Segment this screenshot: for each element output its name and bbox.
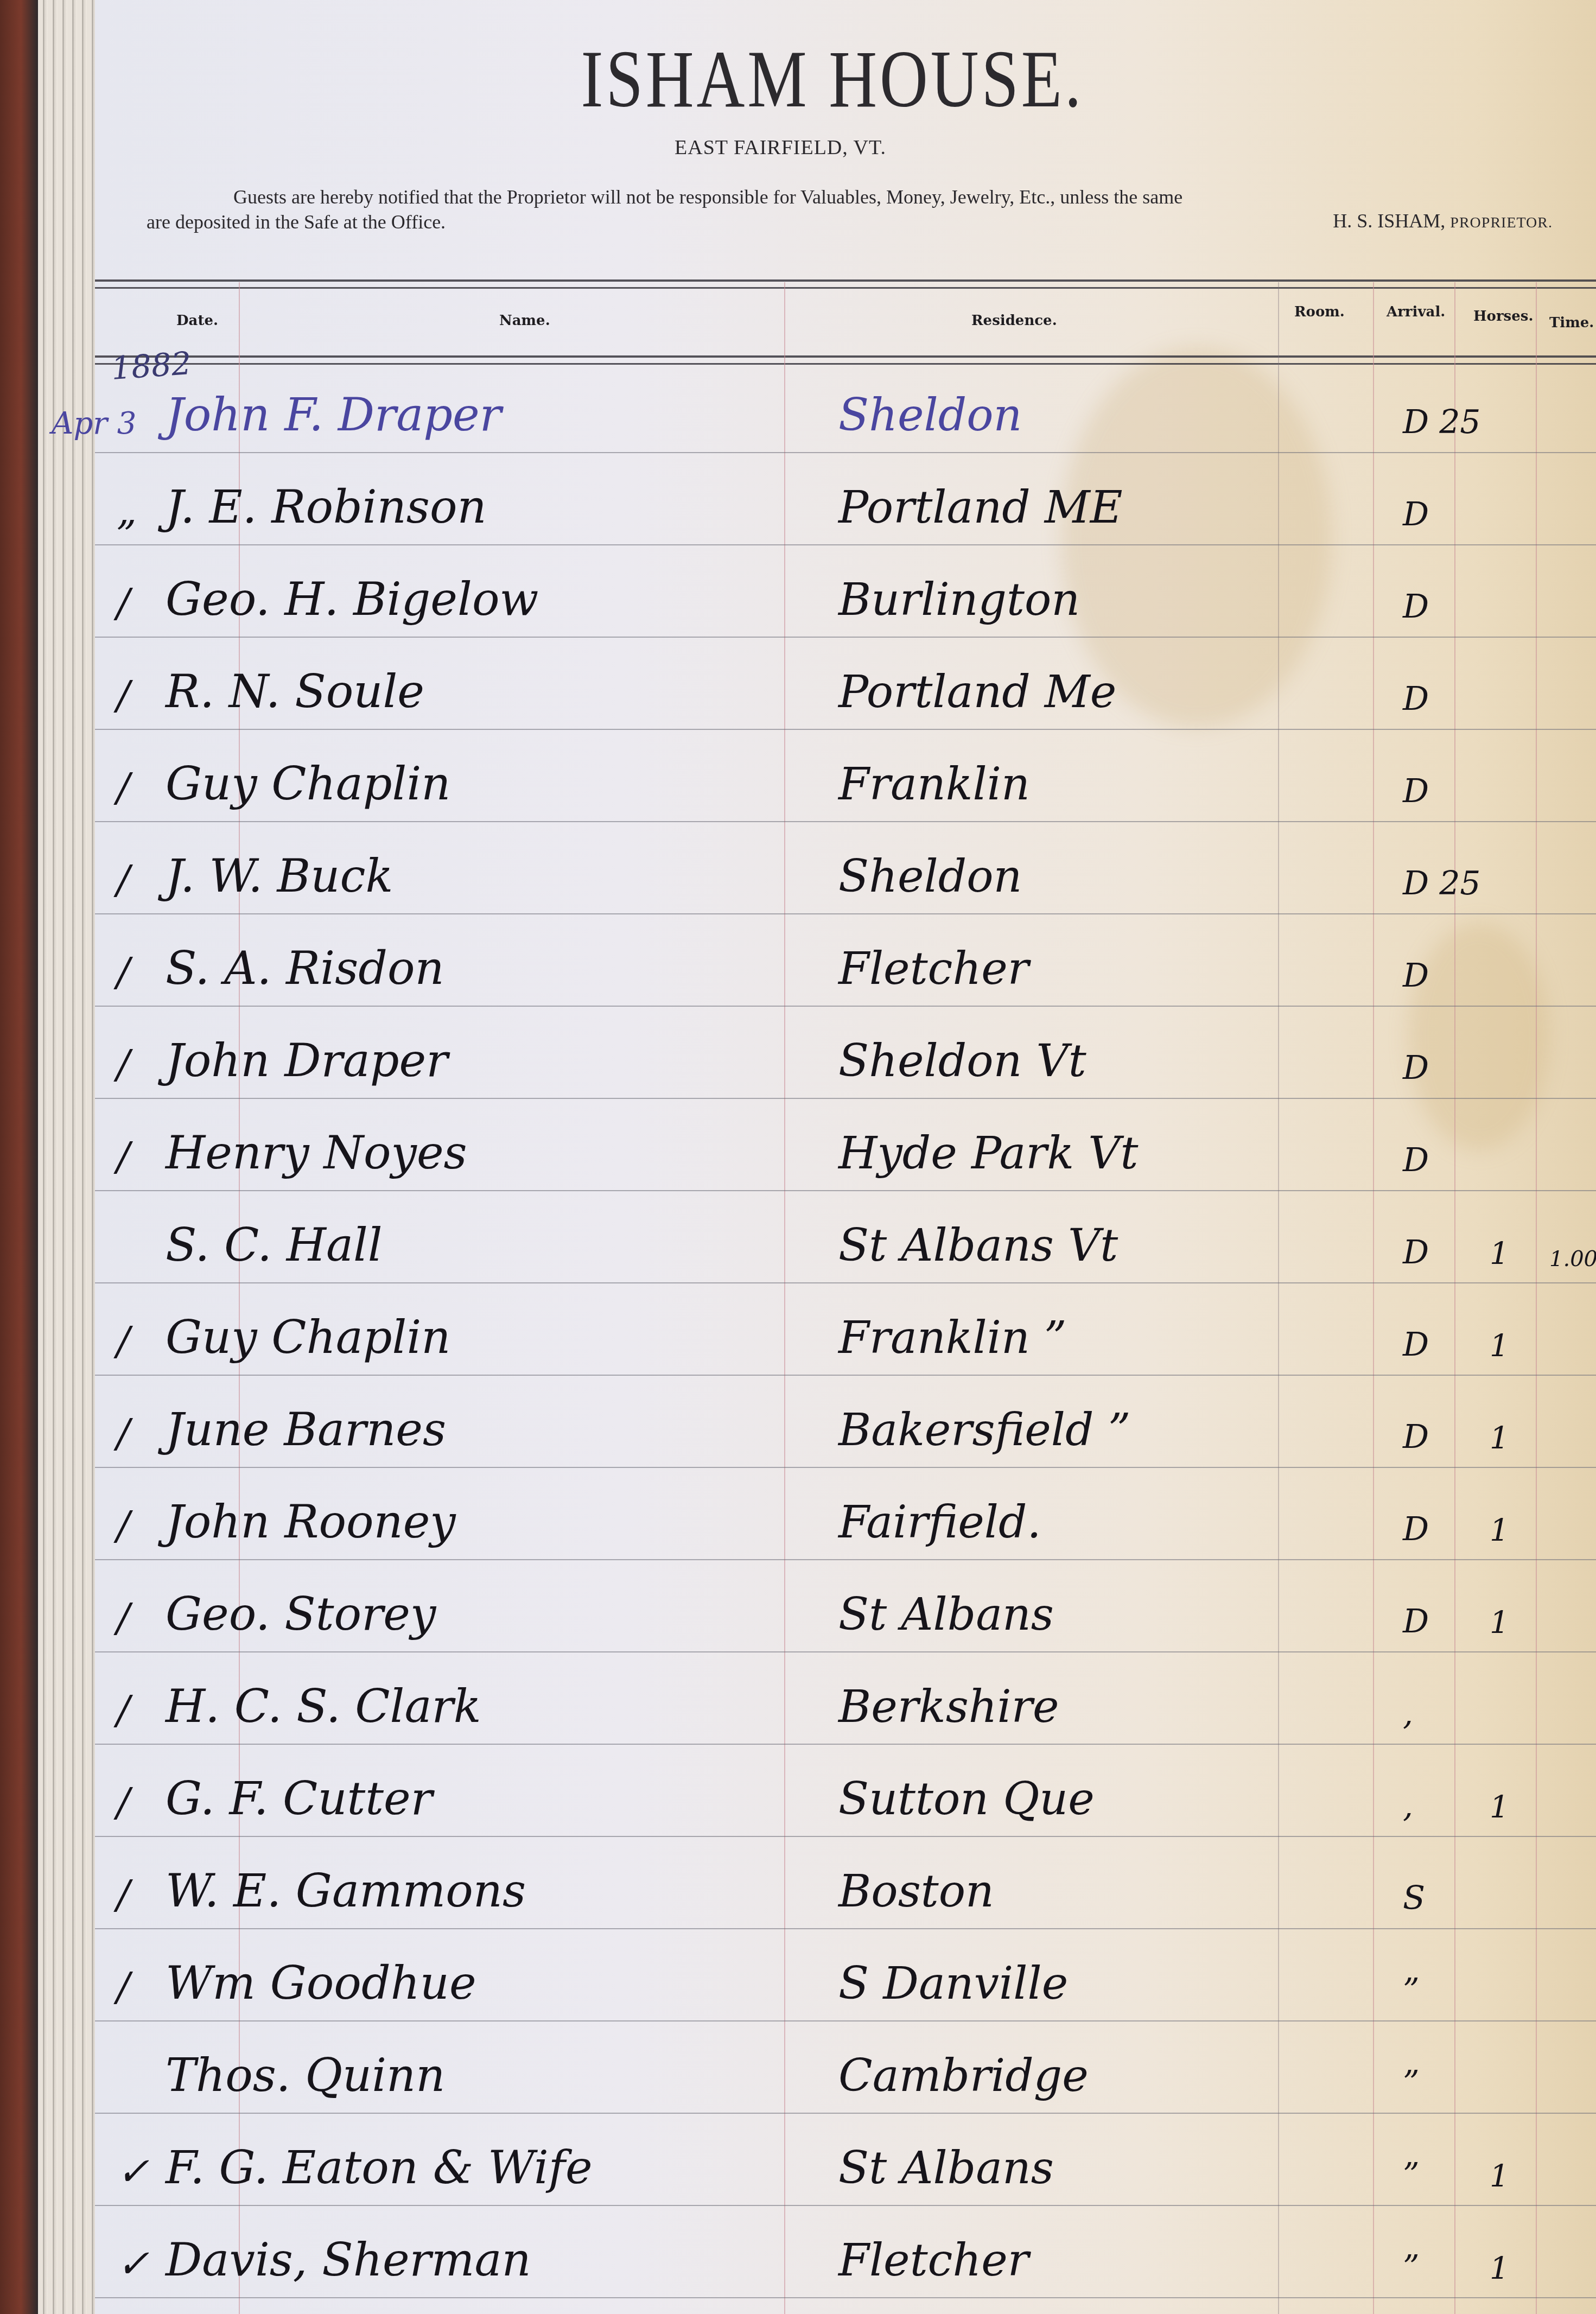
horses-count: 1	[1490, 1513, 1509, 1548]
check-mark: /	[117, 1134, 130, 1179]
horses-count: 1	[1490, 1236, 1509, 1272]
arrival-mark: D	[1403, 957, 1429, 995]
page-edges	[38, 0, 98, 2314]
guest-entry-row: / June Barnes Bakersfield ” D 1	[95, 1376, 1596, 1468]
arrival-mark: ”	[1403, 2064, 1420, 2102]
arrival-mark: D	[1403, 1418, 1429, 1456]
arrival-mark: D	[1403, 1141, 1429, 1179]
arrival-mark: ,	[1403, 1695, 1413, 1733]
guest-residence: Fairfield.	[838, 1497, 1041, 1548]
guest-entry-row: ✓ Davis, Sherman Fletcher ” 1	[95, 2206, 1596, 2298]
check-mark: /	[117, 1318, 130, 1364]
horses-count: 1	[1490, 1421, 1509, 1456]
proprietor-name: H. S. ISHAM,	[1333, 210, 1450, 232]
check-mark: /	[117, 1595, 130, 1641]
header-room: Room.	[1294, 304, 1345, 320]
horses-count: 1	[1490, 2251, 1509, 2286]
guest-name: J. E. Robinson	[166, 480, 487, 533]
guest-name: Davis, Sherman	[166, 2233, 531, 2286]
guest-entry-row: / J. W. Buck Sheldon D 25	[95, 822, 1596, 914]
horses-count: 1	[1490, 1605, 1509, 1641]
entry-date: Apr 3	[52, 406, 137, 441]
guest-name: S. C. Hall	[166, 1218, 383, 1272]
check-mark: /	[117, 857, 130, 902]
book-binding	[0, 0, 38, 2314]
guest-entry-row: / Guy Chaplin Franklin D	[95, 730, 1596, 822]
check-mark: /	[117, 672, 130, 718]
guest-name: John Draper	[166, 1034, 448, 1087]
guest-entry-row: „ J. E. Robinson Portland ME D	[95, 453, 1596, 545]
header-rule-top	[95, 279, 1596, 289]
time-value: 1.00	[1549, 1247, 1596, 1272]
guest-name: John F. Draper	[166, 388, 501, 441]
guest-residence: St Albans	[838, 1589, 1054, 1641]
guest-entry-row: Thos. Quinn Cambridge ”	[95, 2021, 1596, 2114]
arrival-mark: ”	[1403, 2156, 1420, 2194]
location: EAST FAIRFIELD, VT.	[30, 136, 1531, 160]
arrival-mark: D	[1403, 1234, 1429, 1272]
guest-name: Guy Chaplin	[166, 757, 450, 810]
guest-residence: Fletcher	[838, 943, 1029, 995]
check-mark: /	[117, 1964, 130, 2010]
notice-line-1: Guests are hereby notified that the Prop…	[147, 185, 1568, 209]
guest-residence: Berkshire	[838, 1681, 1059, 1733]
guest-name: Geo. H. Bigelow	[166, 573, 538, 626]
guest-name: W. E. Gammons	[166, 1864, 526, 1917]
proprietor: H. S. ISHAM, PROPRIETOR.	[1333, 209, 1553, 232]
arrival-mark: D	[1403, 495, 1429, 533]
check-mark: ✓	[117, 2241, 149, 2286]
guest-entry-row: / S. A. Risdon Fletcher D	[95, 914, 1596, 1007]
guest-residence: Portland Me	[838, 666, 1116, 718]
arrival-mark: ”	[1403, 1972, 1420, 2010]
guest-entry-row: / H. C. S. Clark Berkshire ,	[95, 1652, 1596, 1745]
ruled-line	[95, 2297, 1596, 2298]
guest-entry-row: / Henry Noyes Hyde Park Vt D	[95, 1099, 1596, 1191]
guest-residence: Sheldon	[838, 390, 1022, 441]
header-horses: Horses.	[1473, 308, 1533, 325]
proprietor-title: PROPRIETOR.	[1450, 214, 1553, 231]
column-header-row: Date. Name. Residence. Room. Arrival. Ho…	[95, 293, 1596, 358]
arrival-mark: D 25	[1403, 403, 1481, 441]
arrival-mark: D 25	[1403, 864, 1481, 902]
guest-name: Henry Noyes	[166, 1126, 467, 1179]
arrival-mark: D	[1403, 1603, 1429, 1641]
guest-entry-row: / W. E. Gammons Boston S	[95, 1837, 1596, 1929]
check-mark: /	[117, 765, 130, 810]
arrival-mark: D	[1403, 1049, 1429, 1087]
check-mark: „	[117, 488, 137, 533]
guest-name: R. N. Soule	[166, 665, 424, 718]
guest-entry-row: S. C. Hall St Albans Vt D 1 1.00	[95, 1191, 1596, 1283]
guest-entry-row: / Wm Goodhue S Danville ”	[95, 1929, 1596, 2021]
register-page: ISHAM HOUSE. EAST FAIRFIELD, VT. Guests …	[95, 0, 1596, 2314]
horses-count: 1	[1490, 1790, 1509, 1825]
arrival-mark: D	[1403, 1326, 1429, 1364]
arrival-mark: D	[1403, 680, 1429, 718]
guest-name: Guy Chaplin	[166, 1311, 450, 1364]
arrival-mark: ”	[1403, 2248, 1420, 2286]
check-mark: /	[117, 1872, 130, 1917]
guest-residence: Franklin	[838, 759, 1030, 810]
guest-residence: Hyde Park Vt	[838, 1128, 1138, 1179]
guest-entry-row: / G. F. Cutter Sutton Que , 1	[95, 1745, 1596, 1837]
guest-residence: Sheldon Vt	[838, 1035, 1086, 1087]
guest-name: H. C. S. Clark	[166, 1680, 481, 1733]
guest-name: John Rooney	[166, 1495, 456, 1548]
guest-residence: Cambridge	[838, 2050, 1089, 2102]
guest-entry-row: / Guy Chaplin Franklin ” D 1	[95, 1283, 1596, 1376]
guest-residence: S Danville	[838, 1958, 1068, 2010]
check-mark: /	[117, 1410, 130, 1456]
check-mark: /	[117, 1779, 130, 1825]
guest-name: Geo. Storey	[166, 1587, 436, 1641]
header-name: Name.	[499, 313, 550, 329]
check-mark: /	[117, 1687, 130, 1733]
guest-name: S. A. Risdon	[166, 942, 444, 995]
page-title: ISHAM HOUSE.	[217, 33, 1448, 126]
guest-name: J. W. Buck	[166, 849, 393, 902]
guest-name: Wm Goodhue	[166, 1956, 476, 2010]
guest-residence: St Albans	[838, 2143, 1054, 2194]
guest-entry-row: / Geo. Storey St Albans D 1	[95, 1560, 1596, 1652]
guest-name: F. G. Eaton & Wife	[166, 2141, 593, 2194]
check-mark: /	[117, 1503, 130, 1548]
guest-entry-row: / R. N. Soule Portland Me D	[95, 638, 1596, 730]
guest-name: Thos. Quinn	[166, 2049, 445, 2102]
guest-name: June Barnes	[166, 1403, 446, 1456]
header-arrival: Arrival.	[1387, 304, 1445, 320]
guest-entry-row: / Geo. H. Bigelow Burlington D	[95, 545, 1596, 638]
guest-residence: Burlington	[838, 574, 1080, 626]
check-mark: ✓	[117, 2148, 149, 2194]
check-mark: /	[117, 949, 130, 995]
header-time: Time.	[1549, 315, 1594, 331]
header-residence: Residence.	[971, 313, 1057, 329]
guest-residence: Portland ME	[838, 482, 1123, 533]
horses-count: 1	[1490, 2159, 1509, 2194]
guest-residence: St Albans Vt	[838, 1220, 1118, 1272]
guest-residence: Sutton Que	[838, 1773, 1095, 1825]
guest-name: G. F. Cutter	[166, 1772, 433, 1825]
arrival-mark: D	[1403, 588, 1429, 626]
guest-residence: Fletcher	[838, 2235, 1029, 2286]
guest-residence: Boston	[838, 1866, 994, 1917]
arrival-mark: ,	[1403, 1787, 1413, 1825]
horses-count: 1	[1490, 1328, 1509, 1364]
guest-entry-row: Apr 3 John F. Draper Sheldon D 25	[95, 361, 1596, 453]
guest-entry-row: ✓ F. G. Eaton & Wife St Albans ” 1	[95, 2114, 1596, 2206]
check-mark: /	[117, 580, 130, 626]
guest-entry-row: / John Draper Sheldon Vt D	[95, 1007, 1596, 1099]
arrival-mark: D	[1403, 1510, 1429, 1548]
guest-residence: Sheldon	[838, 851, 1022, 902]
guest-residence: Bakersfield ”	[838, 1404, 1131, 1456]
guest-entry-row: / John Rooney Fairfield. D 1	[95, 1468, 1596, 1560]
guest-residence: Franklin ”	[838, 1312, 1067, 1364]
check-mark: /	[117, 1041, 130, 1087]
arrival-mark: S	[1403, 1879, 1425, 1917]
arrival-mark: D	[1403, 772, 1429, 810]
header-date: Date.	[176, 313, 218, 329]
